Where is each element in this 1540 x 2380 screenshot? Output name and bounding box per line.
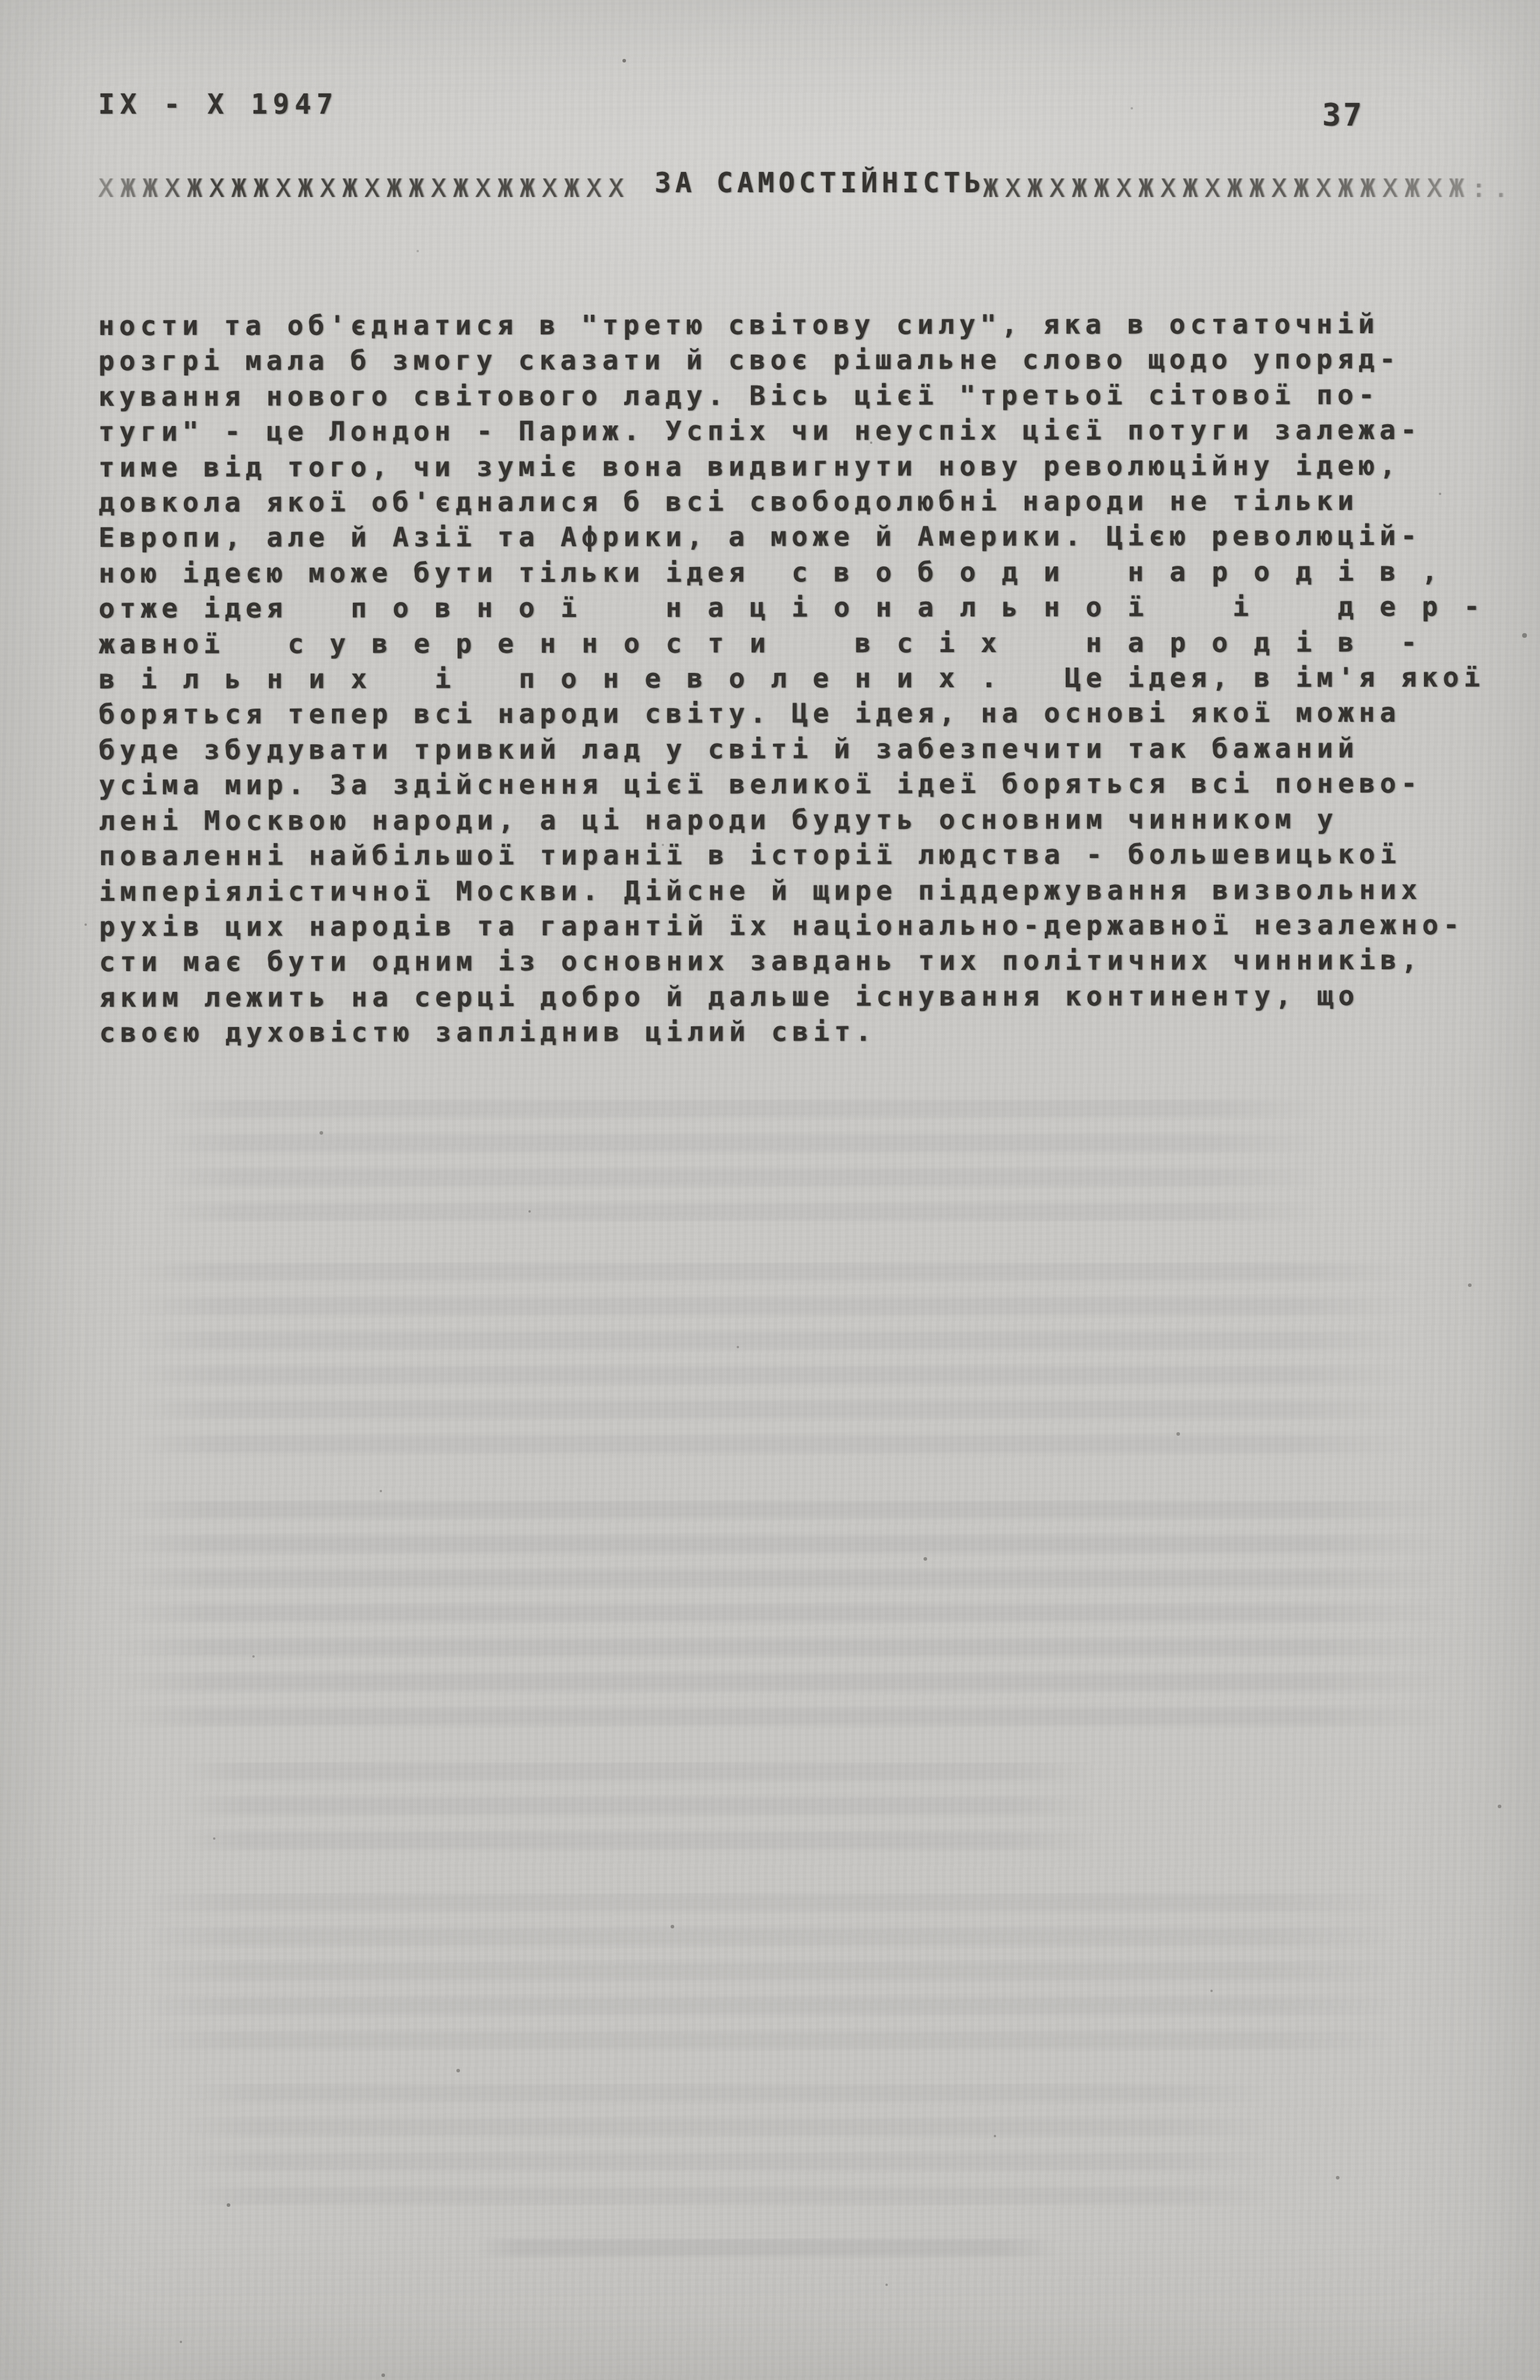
bleed-through-ghost-text xyxy=(159,1100,1320,1222)
bleed-through-ghost-text xyxy=(181,1762,1098,1865)
bleed-through-ghost-text xyxy=(146,1893,1395,2051)
newspaper-title: ЗА САМОСТІЙНІСТЬ xyxy=(655,167,985,199)
bleed-through-ghost-text xyxy=(113,1501,1452,1730)
bleed-through-ghost-text xyxy=(476,2238,1059,2267)
issue-date-label: IX - X 1947 xyxy=(98,88,339,120)
bleed-through-ghost-text xyxy=(131,1263,1416,1468)
article-body-text: ности та об'єднатися в "третю світову си… xyxy=(98,306,1485,1051)
strikeout-rule-right: ЖХЖХЖЖХЖХЖХЖЖХЖХЖЖХЖХЖ:. xyxy=(983,174,1516,203)
scanned-newspaper-page: IX - X 1947 37 ХЖЖХЖХЖЖХЖХЖХЖЖХЖХЖЖХЖХХ … xyxy=(0,0,1540,2380)
paper-dust-speckles xyxy=(0,0,2,2)
strikeout-rule-left: ХЖЖХЖХЖЖХЖХЖХЖЖХЖХЖЖХЖХХ xyxy=(98,174,631,203)
page-number: 37 xyxy=(1322,98,1364,133)
bleed-through-ghost-text xyxy=(179,2084,1273,2206)
